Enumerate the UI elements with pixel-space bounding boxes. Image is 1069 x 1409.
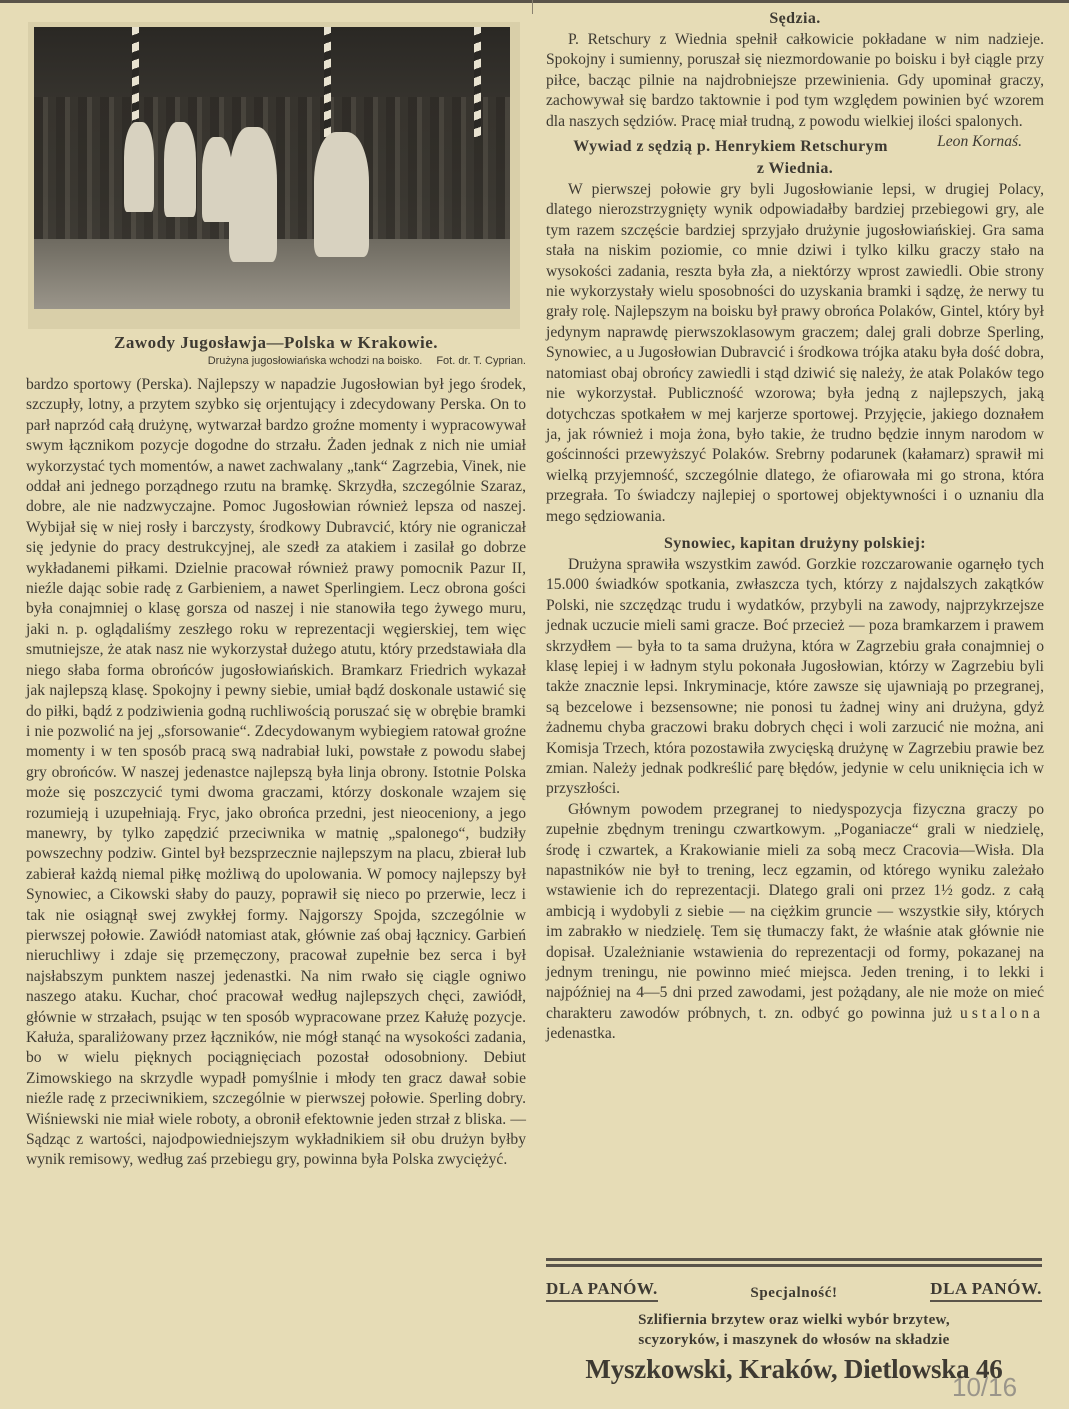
- interview-paragraph: W pierwszej połowie gry byli Jugosłowian…: [546, 180, 1044, 527]
- striped-pole: [474, 27, 481, 137]
- ad-label-center: Specjalność!: [750, 1285, 837, 1302]
- top-rule: [0, 0, 1069, 3]
- article-paragraph: bardzo sportowy (Perska). Najlepszy w na…: [26, 375, 526, 1171]
- interview-heading-line2: z Wiednia.: [757, 160, 833, 177]
- referee-text: P. Retschury z Wiednia spełnił całkowici…: [546, 31, 1044, 130]
- ad-label-right: DLA PANÓW.: [930, 1279, 1042, 1302]
- striped-pole: [324, 27, 331, 137]
- striped-pole: [132, 27, 139, 137]
- right-column: Sędzia. P. Retschury z Wiednia spełnił c…: [546, 8, 1044, 1045]
- player-figure: [314, 132, 369, 257]
- player-figure: [164, 122, 196, 217]
- interview-heading-line1: Wywiad z sędzią p. Henrykiem Retschurym: [573, 138, 888, 155]
- captain-paragraph-2-text: Głównym powodem przegranej to niedyspozy…: [546, 801, 1044, 1022]
- spaced-emphasis: ustalona: [960, 1005, 1044, 1022]
- captain-paragraph-2-end: jedenastka.: [546, 1025, 616, 1042]
- player-figure: [202, 137, 232, 222]
- left-column: Zawody Jugosławja—Polska w Krakowie. Dru…: [26, 22, 526, 1171]
- section-heading-captain: Synowiec, kapitan drużyny polskiej:: [546, 533, 1044, 555]
- advertisement: DLA PANÓW. Specjalność! DLA PANÓW. Szlif…: [546, 1258, 1042, 1385]
- ad-rule: [546, 1258, 1042, 1261]
- match-photo: [34, 27, 510, 309]
- player-figure: [124, 122, 154, 212]
- photo-credit: Fot. dr. T. Cyprian.: [436, 355, 526, 367]
- column-divider: [532, 0, 533, 14]
- ad-line-1: Szlifiernia brzytew oraz wielki wybór br…: [546, 1310, 1042, 1330]
- referee-paragraph: P. Retschury z Wiednia spełnił całkowici…: [546, 30, 1044, 132]
- photo-caption-title: Zawody Jugosławja—Polska w Krakowie.: [26, 333, 526, 353]
- page-indicator: 10/16: [952, 1372, 1017, 1403]
- ad-description: Szlifiernia brzytew oraz wielki wybór br…: [546, 1310, 1042, 1350]
- author-signature: Leon Kornaś.: [915, 132, 1022, 152]
- ad-label-left: DLA PANÓW.: [546, 1279, 658, 1302]
- section-heading-referee: Sędzia.: [546, 8, 1044, 30]
- ad-header: DLA PANÓW. Specjalność! DLA PANÓW.: [546, 1279, 1042, 1302]
- caption-description: Drużyna jugosłowiańska wchodzi na boisko…: [208, 355, 423, 367]
- captain-paragraph-1: Drużyna sprawiła wszystkim zawód. Gorzki…: [546, 555, 1044, 800]
- player-figure: [229, 127, 277, 262]
- photo-frame: [28, 22, 520, 329]
- photo-caption-sub: Drużyna jugosłowiańska wchodzi na boisko…: [26, 355, 528, 367]
- captain-paragraph-2: Głównym powodem przegranej to niedyspozy…: [546, 800, 1044, 1045]
- ad-rule: [546, 1264, 1042, 1267]
- ad-line-2: scyzoryków, i maszynek do włosów na skła…: [546, 1330, 1042, 1350]
